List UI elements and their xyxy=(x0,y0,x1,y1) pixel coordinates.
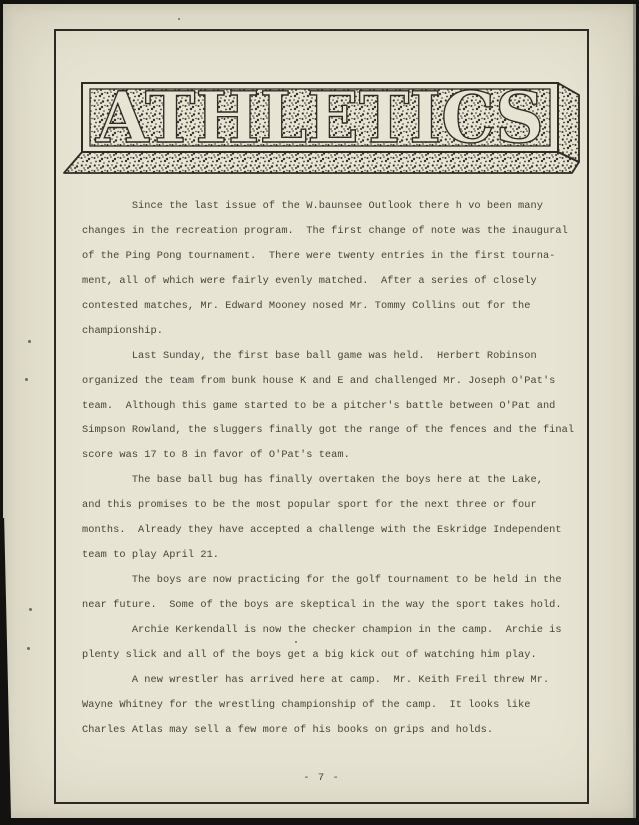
text-line: team. Although this game started to be a… xyxy=(82,394,588,419)
text-line: score was 17 to 8 in favor of O'Pat's te… xyxy=(82,443,588,468)
text-line: Simpson Rowland, the sluggers finally go… xyxy=(82,418,588,443)
text-line: The boys are now practicing for the golf… xyxy=(82,568,588,593)
ink-speck xyxy=(178,18,180,20)
athletics-banner: ATHLETICS xyxy=(60,74,584,186)
ink-speck xyxy=(27,647,30,650)
ink-speck xyxy=(25,378,28,381)
text-line: Archie Kerkendall is now the checker cha… xyxy=(82,618,588,643)
text-line: changes in the recreation program. The f… xyxy=(82,219,588,244)
text-line: and this promises to be the most popular… xyxy=(82,493,588,518)
ink-speck xyxy=(295,641,297,643)
text-line: Since the last issue of the W.baunsee Ou… xyxy=(82,194,588,219)
text-line: Wayne Whitney for the wrestling champion… xyxy=(82,693,588,718)
text-line: A new wrestler has arrived here at camp.… xyxy=(82,668,588,693)
banner-end-cap xyxy=(558,83,579,162)
text-line: Charles Atlas may sell a few more of his… xyxy=(82,718,588,743)
paper-sheet: ATHLETICS Since the last issue of the W.… xyxy=(3,4,636,818)
page-number: - 7 - xyxy=(54,772,589,784)
text-line: The base ball bug has finally overtaken … xyxy=(82,468,588,493)
ink-speck xyxy=(29,608,32,611)
text-line: of the Ping Pong tournament. There were … xyxy=(82,244,588,269)
text-line: months. Already they have accepted a cha… xyxy=(82,518,588,543)
scanned-page: ATHLETICS Since the last issue of the W.… xyxy=(0,0,639,825)
text-line: championship. xyxy=(82,319,588,344)
scan-edge-left xyxy=(3,518,11,818)
text-line: ment, all of which were fairly evenly ma… xyxy=(82,269,588,294)
text-line: near future. Some of the boys are skepti… xyxy=(82,593,588,618)
article-body: Since the last issue of the W.baunsee Ou… xyxy=(82,194,588,743)
text-line: Last Sunday, the first base ball game wa… xyxy=(82,344,588,369)
text-line: plenty slick and all of the boys get a b… xyxy=(82,643,588,668)
scan-edge-right xyxy=(633,4,636,818)
banner-title: ATHLETICS xyxy=(95,76,544,159)
text-line: organized the team from bunk house K and… xyxy=(82,369,588,394)
ink-speck xyxy=(28,340,31,343)
text-line: contested matches, Mr. Edward Mooney nos… xyxy=(82,294,588,319)
text-line: team to play April 21. xyxy=(82,543,588,568)
